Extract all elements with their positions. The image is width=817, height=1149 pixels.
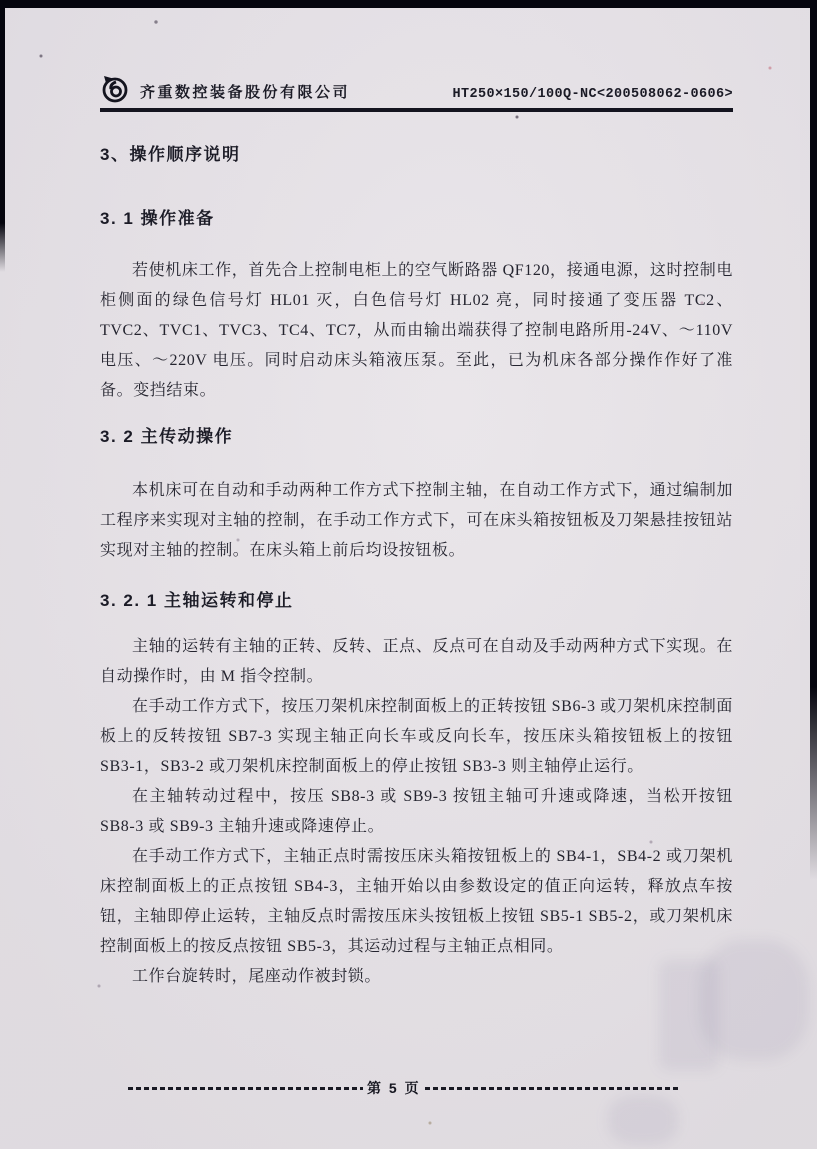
company-logo-icon [100, 74, 130, 104]
document-body: 3、操作顺序说明 3. 1 操作准备 若使机床工作，首先合上控制电柜上的空气断路… [100, 140, 733, 992]
section-heading-3: 3、操作顺序说明 [100, 144, 733, 166]
section-heading-3-2: 3. 2 主传动操作 [100, 426, 733, 448]
paragraph: 在主轴转动过程中，按压 SB8-3 或 SB9-3 按钮主轴可升速或降速，当松开… [100, 782, 733, 842]
page-header: 齐重数控装备股份有限公司 HT250×150/100Q-NC<200508062… [100, 74, 733, 112]
scanned-manual-page: 齐重数控装备股份有限公司 HT250×150/100Q-NC<200508062… [0, 0, 817, 1149]
scan-edge-top [0, 0, 817, 8]
page-footer: 第 5 页 [128, 1079, 680, 1097]
paragraph: 本机床可在自动和手动两种工作方式下控制主轴，在自动工作方式下，通过编制加工程序来… [100, 476, 733, 566]
paragraph: 工作台旋转时，尾座动作被封锁。 [100, 962, 733, 992]
footer-dashed-rule [128, 1087, 363, 1090]
section-heading-3-1: 3. 1 操作准备 [100, 208, 733, 230]
paragraph: 主轴的运转有主轴的正转、反转、正点、反点可在自动及手动两种方式下实现。在自动操作… [100, 632, 733, 692]
paragraph: 在手动工作方式下，主轴正点时需按压床头箱按钮板上的 SB4-1，SB4-2 或刀… [100, 842, 733, 962]
paragraph: 在手动工作方式下，按压刀架机床控制面板上的正转按钮 SB6-3 或刀架机床控制面… [100, 692, 733, 782]
paragraph: 若使机床工作，首先合上控制电柜上的空气断路器 QF120，接通电源，这时控制电柜… [100, 256, 733, 406]
scan-edge-left [0, 0, 5, 272]
company-name: 齐重数控装备股份有限公司 [140, 81, 350, 102]
document-code: HT250×150/100Q-NC<200508062-0606> [452, 87, 733, 102]
scan-edge-right [810, 0, 817, 880]
page-number: 第 5 页 [363, 1078, 425, 1098]
show-through-ghost [608, 1095, 678, 1145]
footer-dashed-rule [425, 1087, 680, 1090]
section-heading-3-2-1: 3. 2. 1 主轴运转和停止 [100, 590, 733, 612]
